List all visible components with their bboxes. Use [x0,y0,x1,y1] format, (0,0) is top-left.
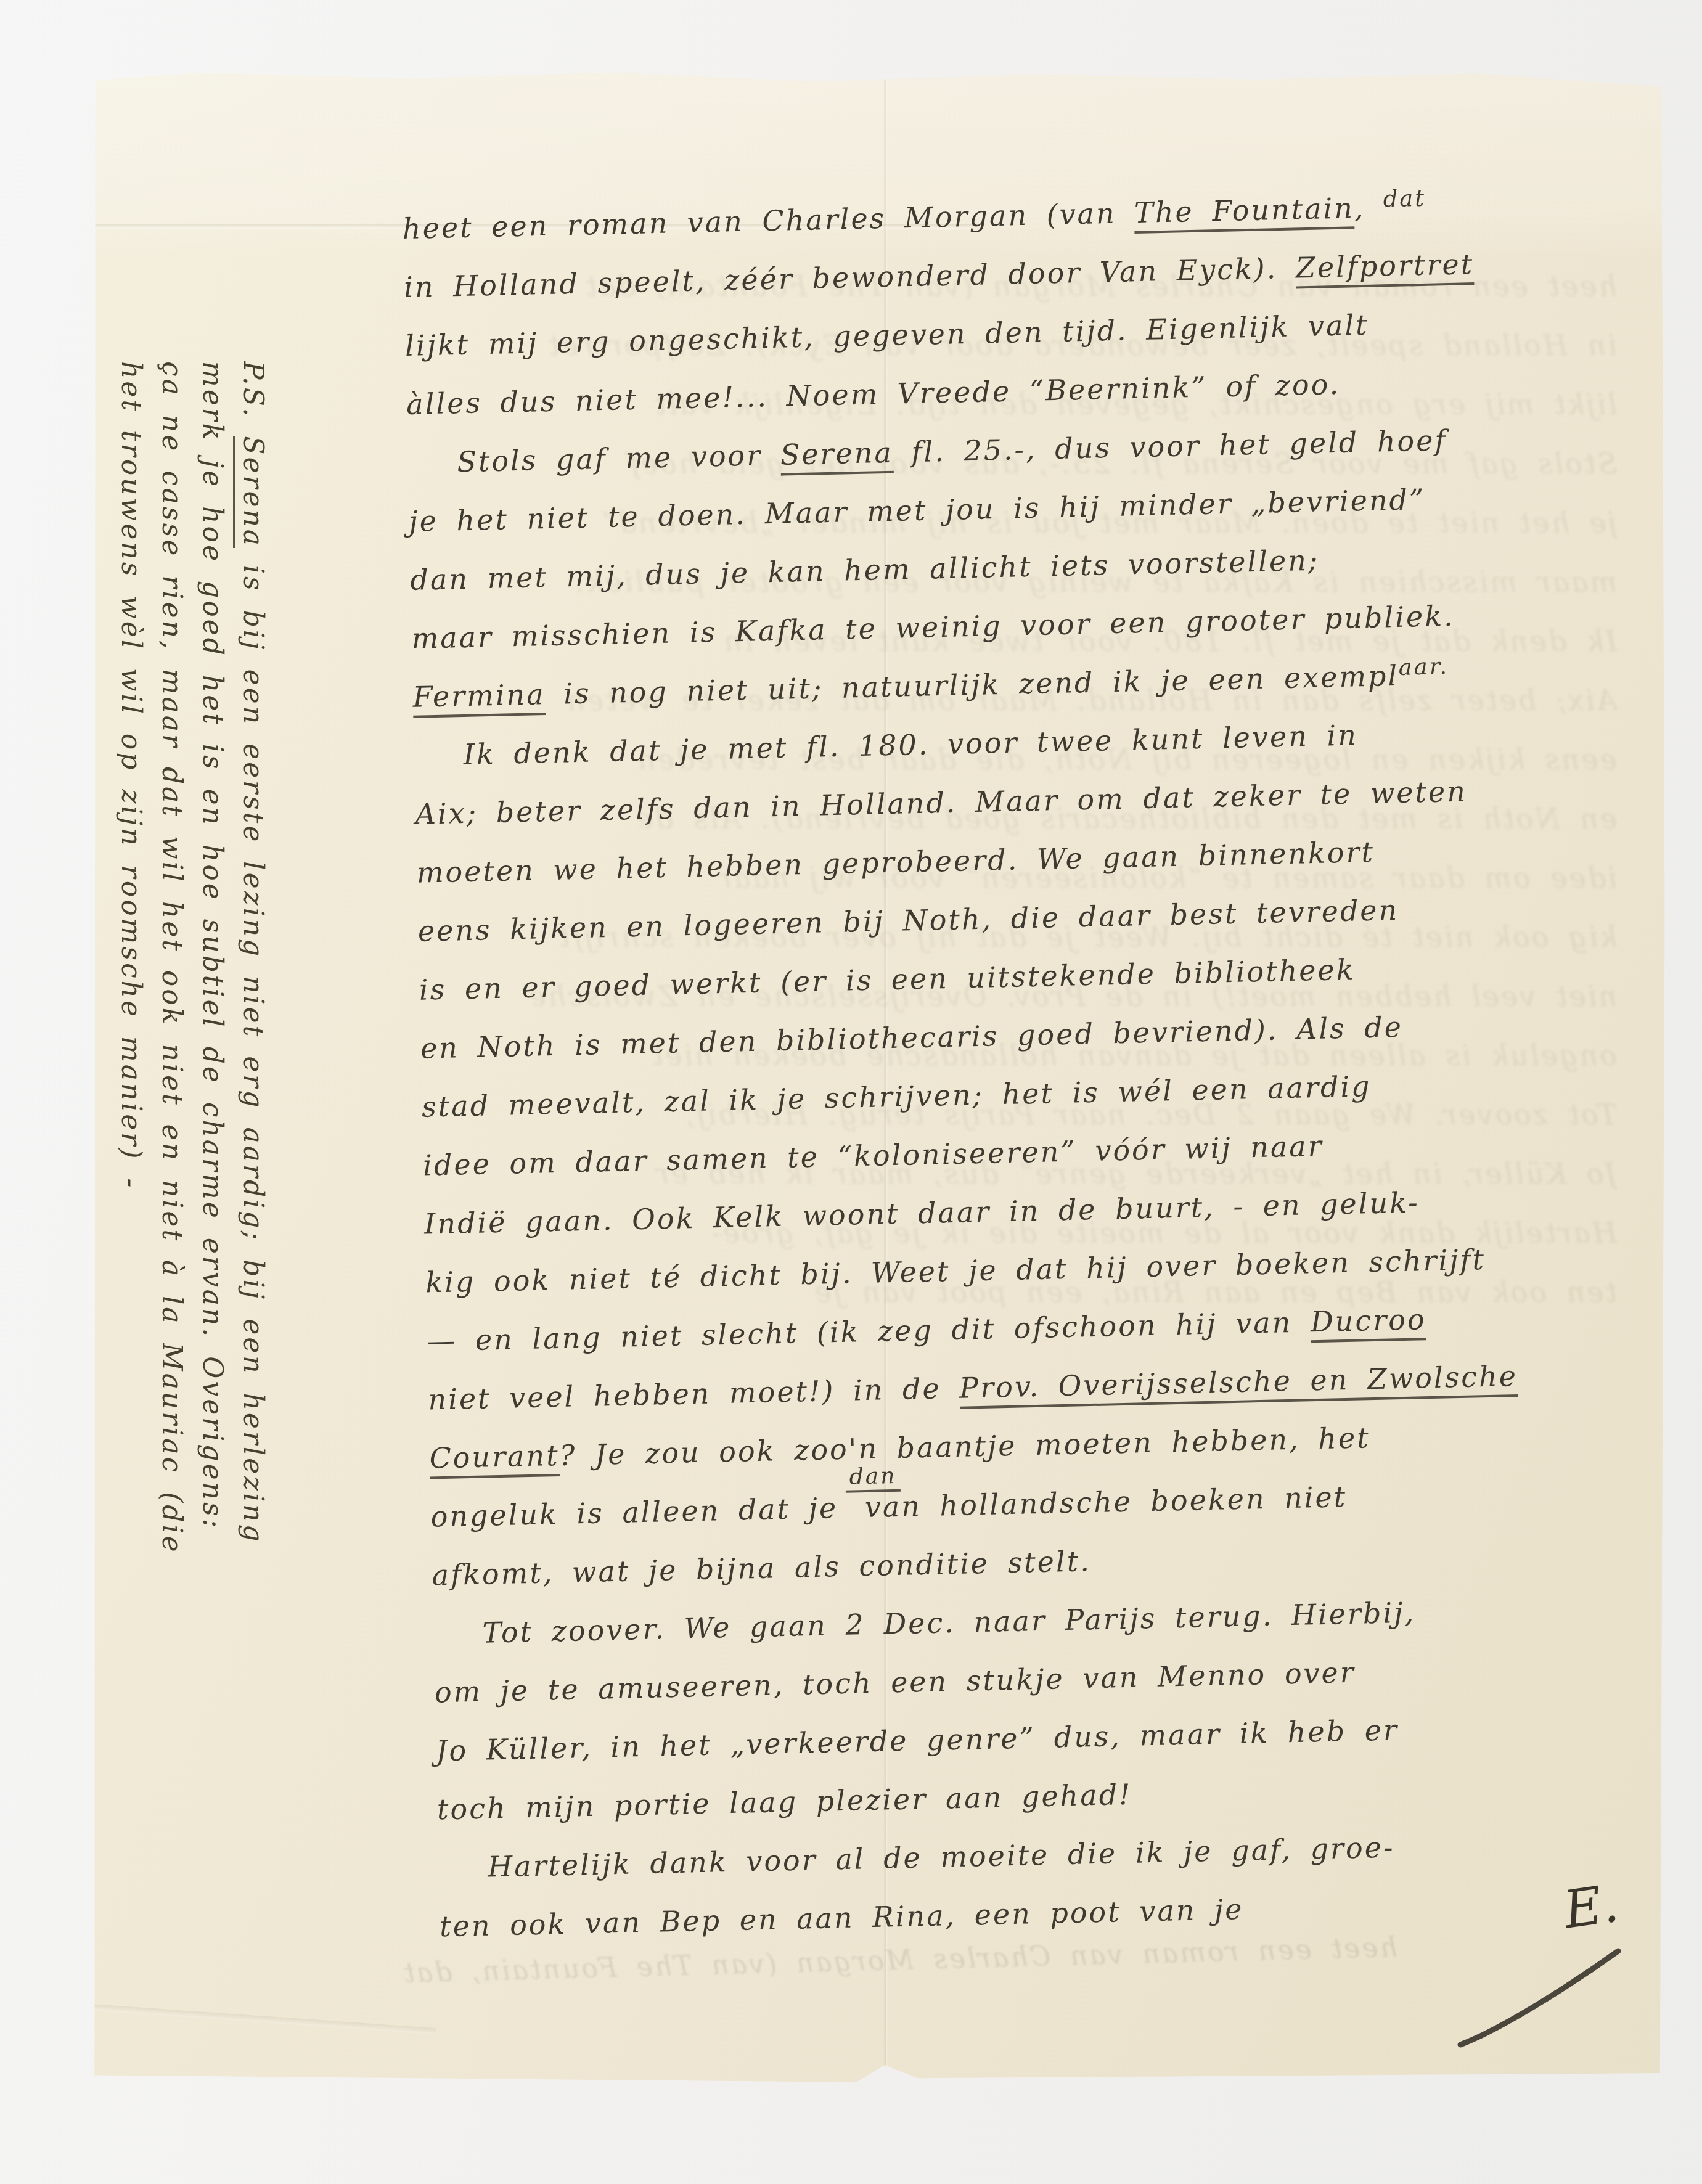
margin-note-line: het trouwens wèl wil op zijn roomsche ma… [110,361,151,2001]
text-run: je het niet te doen. Maar met jou is hij… [409,483,1426,538]
text-run: Stols gaf me voor [457,438,781,478]
text-run: fl. 25.-, dus voor het geld hoef [893,423,1447,469]
text-run: Tot zoover. We gaan 2 Dec. naar Parijs t… [482,1596,1415,1650]
text-run: in Holland speelt, zéér bewonderd door V… [404,251,1296,304]
text-run: P.S. [237,361,269,436]
text-run: ? Je zou ook zoo'n baantje moeten hebben… [559,1421,1370,1472]
text-run: Hartelijk dank voor al de moeite die ik … [487,1831,1395,1884]
text-run: idee om daar samen te “koloniseeren” vóó… [423,1129,1324,1182]
underlined-text: Prov. Overijsselsche en Zwolsche [959,1359,1518,1409]
text-run: afkomt, wat je bijna als conditie stelt. [432,1544,1091,1592]
text-run: Ik denk dat je met fl. 180. voor twee ku… [463,718,1358,771]
margin-note-line: ça ne casse rien, maar dat wil het ook n… [151,361,192,2001]
text-run: — en lang niet slecht (ik zeg dit ofscho… [427,1305,1311,1357]
letter-body: heet een roman van Charles Morgan (van T… [402,176,1529,1956]
letter-page: heet een roman van Charles Morgan (van T… [91,72,1666,2087]
text-run: is en er goed werkt (er is een uitsteken… [419,953,1356,1007]
underlined-text: Courant [429,1439,560,1479]
margin-note-line: P.S. Serena is bij een eerste lezing nie… [232,361,273,2001]
text-run: heet een roman van Charles Morgan (van [402,196,1134,245]
fold-crease-bottom [91,2004,437,2034]
text-run: Jo Küller, in het „verkeerde genre” dus,… [435,1713,1399,1767]
text-run: àlles dus niet mee!... Noem Vreede “Beer… [406,367,1341,421]
text-run: toch mijn portie laag plezier aan gehad! [436,1778,1132,1826]
text-run: moeten we het hebben geprobeerd. We gaan… [416,835,1375,890]
margin-note-line: merk je hoe goed het is en hoe subtiel d… [192,361,232,2001]
underlined-text: Serena [233,436,269,548]
text-run: en Noth is met den bibliothecaris goed b… [420,1010,1403,1065]
raised-word: aar. [1398,653,1449,681]
underlined-text: Serena [780,436,893,476]
signature-flourish-stroke [1453,1942,1626,2053]
underlined-text: Fermina [412,677,546,718]
text-run: Indië gaan. Ook Kelk woont daar in de bu… [424,1185,1420,1240]
raised-word: dat [1383,185,1426,213]
text-run: , [1354,190,1383,224]
text-run: lijkt mij erg ongeschikt, gegeven den ti… [405,308,1370,362]
text-run: om je te amuseeren, toch een stukje van … [434,1656,1356,1709]
text-run: maar misschien is Kafka te weinig voor e… [411,599,1455,655]
text-run: kig ook niet té dicht bij. Weet je dat h… [425,1243,1486,1299]
text-run: stad meevalt, zal ik je schrijven; het i… [422,1070,1372,1124]
text-run: niet veel hebben moet!) in de [428,1372,960,1417]
photo-of-letter: heet een roman van Charles Morgan (van T… [0,0,1702,2184]
signature: E. [1564,1881,1618,1932]
text-run: eens kijken en logeeren bij Noth, die da… [417,893,1399,948]
text-run: van hollandsche boeken niet [864,1480,1347,1524]
text-run: Aix; beter zelfs dan in Holland. Maar om… [415,775,1467,831]
text-run: dan met mij, dus je kan hem allicht iets… [410,544,1320,597]
text-run: ongeluk is alleen dat je [430,1491,856,1533]
underlined-text: Zelfportret [1295,247,1474,288]
text-run: is nog niet uit; natuurlijk zend ik je e… [545,659,1399,711]
text-run: is bij een eerste lezing niet erg aardig… [237,548,269,1544]
inserted-word: dan [845,1465,900,1493]
text-run: ça ne casse rien, maar dat wil het ook n… [156,361,187,1555]
text-run: het trouwens wèl wil op zijn roomsche ma… [115,361,147,1190]
underlined-text: Ducroo [1310,1303,1426,1343]
underlined-text: The Fountain [1134,191,1355,234]
text-run: ten ook van Bep en aan Rina, een poot va… [440,1892,1244,1943]
postscript-margin-note: P.S. Serena is bij een eerste lezing nie… [110,361,273,2001]
text-run: merk je hoe goed het is en hoe subtiel d… [197,361,228,1530]
signature-initial: E. [1561,1877,1622,1936]
